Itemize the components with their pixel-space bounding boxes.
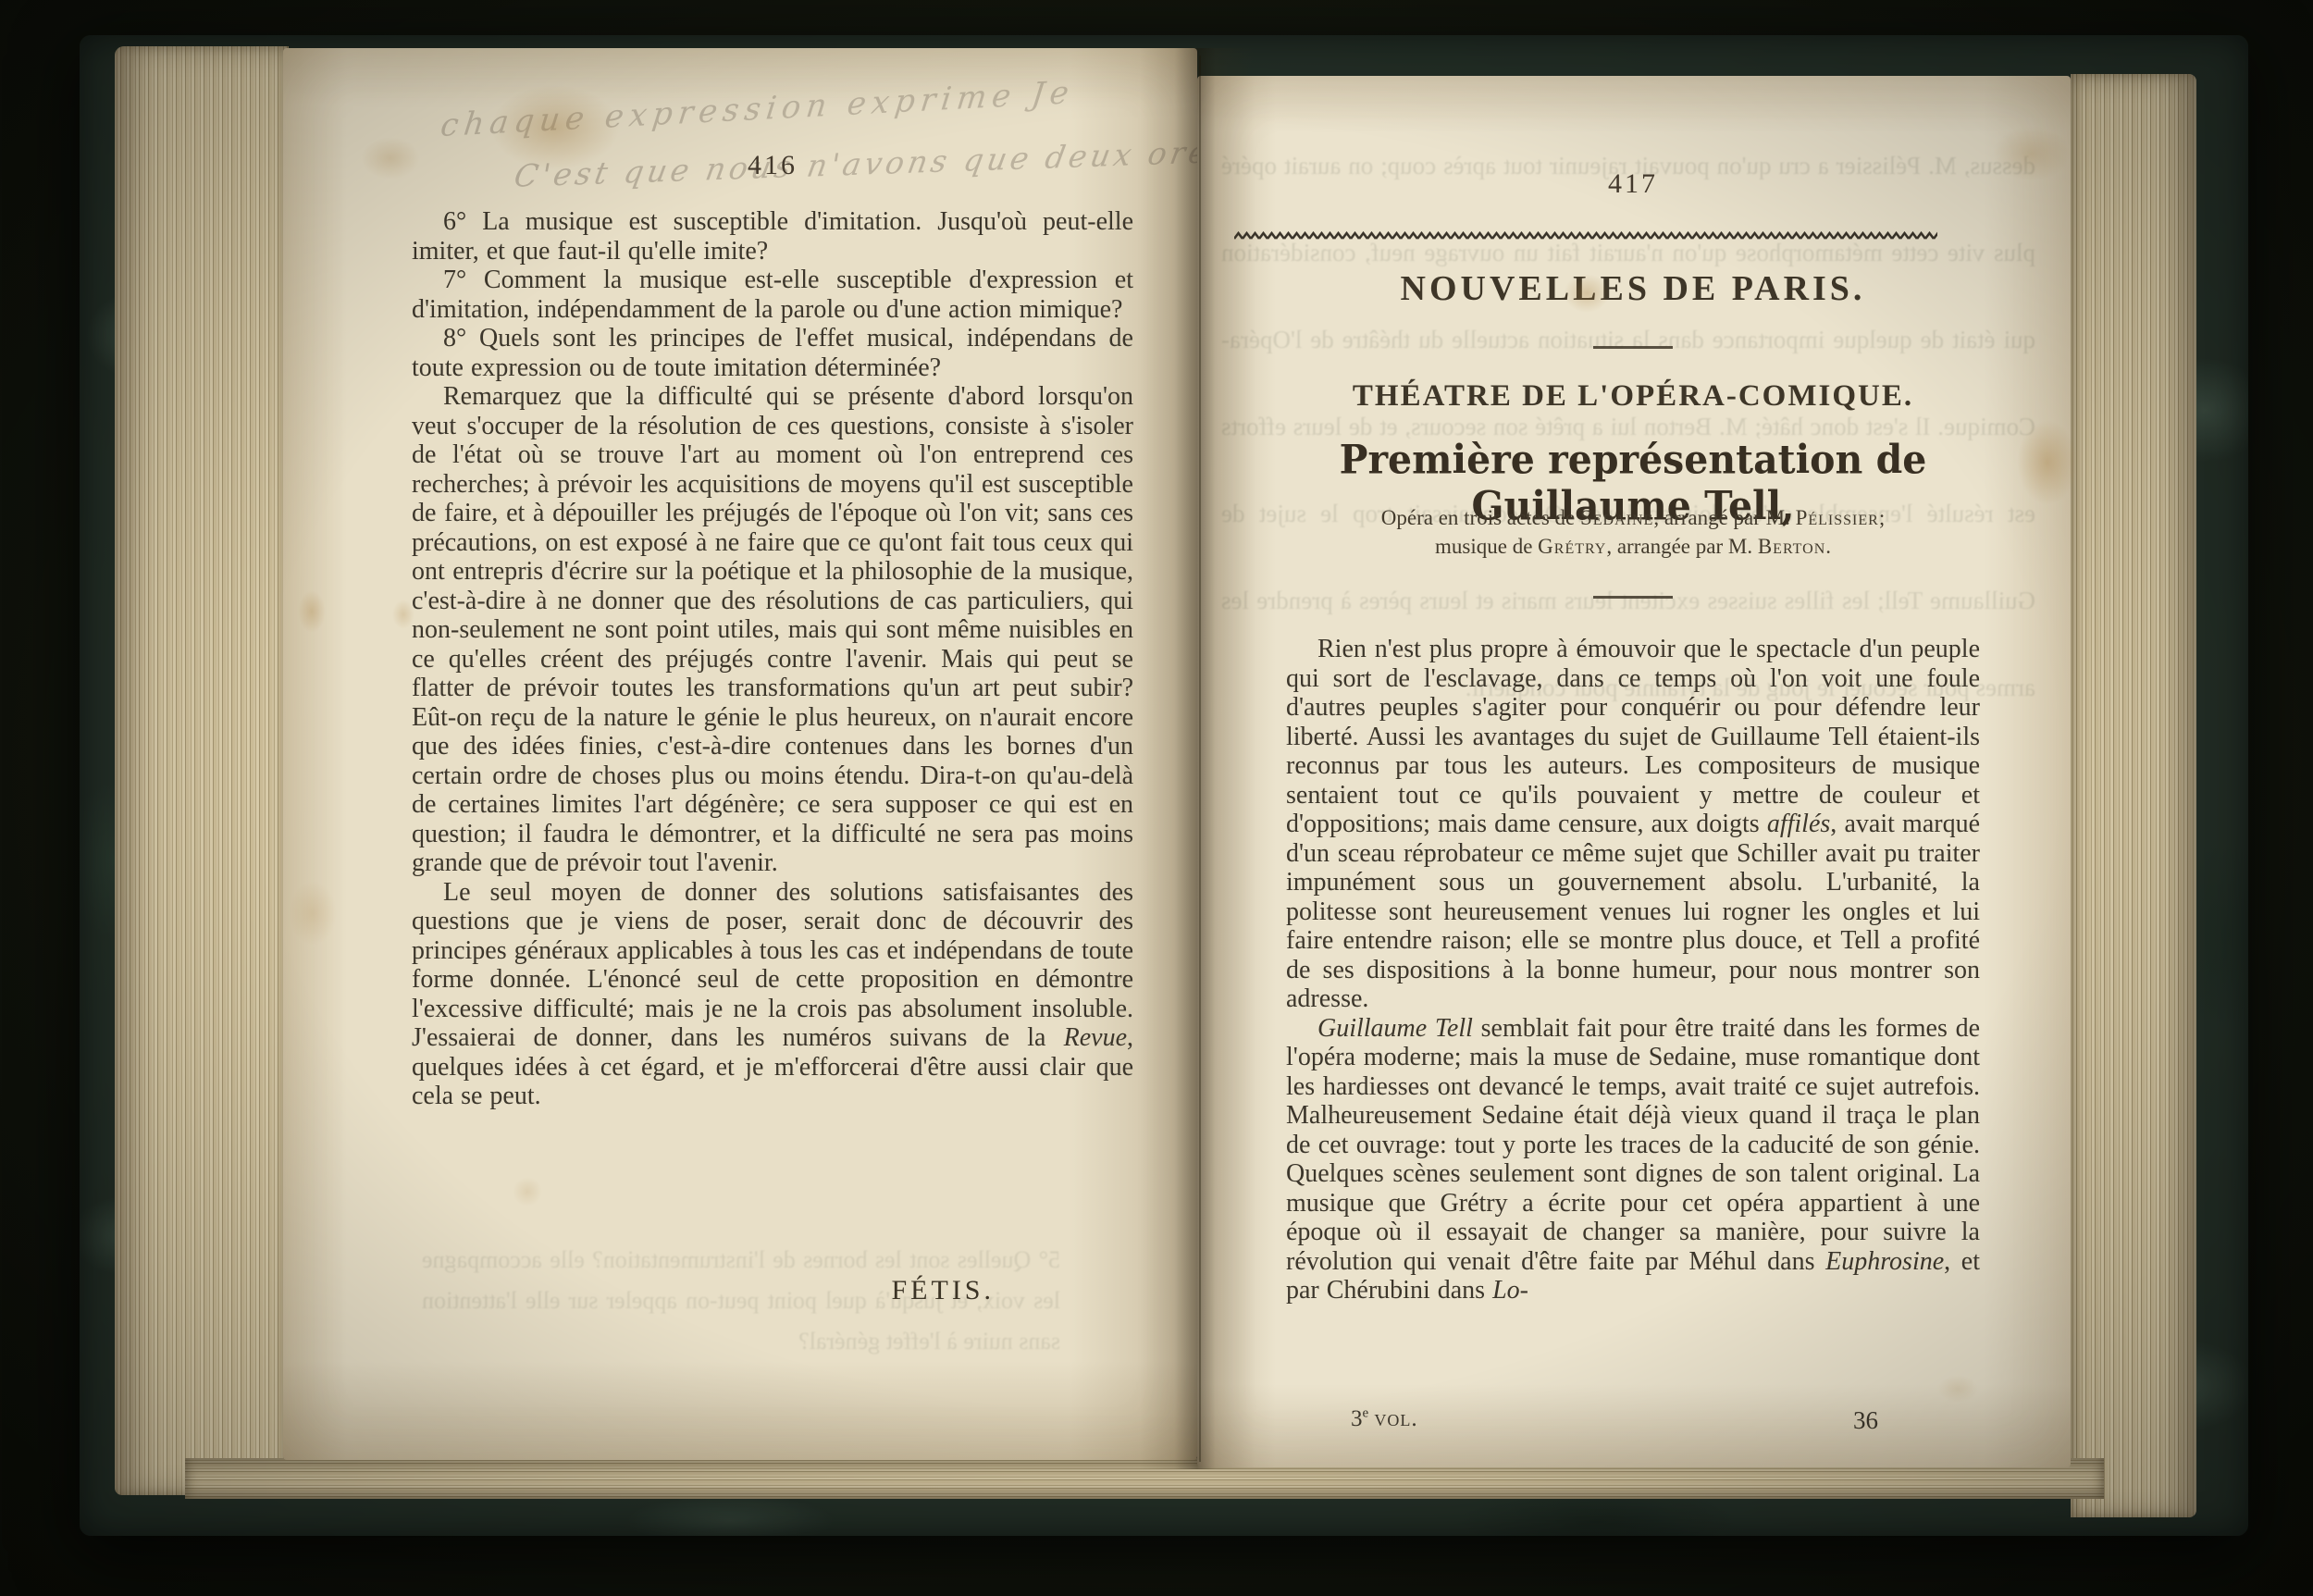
- volume-mark: 3e vol.: [1351, 1406, 1418, 1435]
- right-page: dessus, M. Pélissier a cru qu'on pouvait…: [1197, 76, 2071, 1467]
- page-footer: 3e vol. 36: [1286, 1406, 1980, 1435]
- book-scan: 5° Quelles sont les bornes de l'instrume…: [0, 0, 2313, 1596]
- foxing-stain: [513, 1177, 542, 1206]
- foxing-stain: [298, 590, 326, 633]
- short-rule: [1593, 596, 1673, 599]
- short-rule: [1593, 346, 1673, 349]
- left-page: 5° Quelles sont les bornes de l'instrume…: [283, 48, 1197, 1460]
- foxing-stain: [289, 881, 337, 946]
- page-number-left: 416: [412, 150, 1133, 181]
- page-edges-left: [115, 46, 289, 1495]
- section-title: NOUVELLES DE PARIS.: [1286, 268, 1980, 309]
- foxing-stain: [2017, 420, 2078, 505]
- signature-mark: 36: [1853, 1406, 1878, 1435]
- right-page-body-text: Rien n'est plus propre à émouvoir que le…: [1286, 635, 1980, 1305]
- foxing-stain: [1937, 1375, 1978, 1403]
- author-signature: FÉTIS.: [412, 1275, 1133, 1306]
- foxing-stain: [1993, 126, 2071, 181]
- left-page-body-text: 6° La musique est susceptible d'imitatio…: [412, 207, 1133, 1111]
- gutter-line: [1199, 56, 1201, 1462]
- page-number-right: 417: [1286, 168, 1980, 200]
- theatre-heading: THÉATRE DE L'OPÉRA-COMIQUE.: [1286, 379, 1980, 414]
- opera-credits: Opéra en trois actes de Sedaine, arrangé…: [1286, 503, 1980, 561]
- handwritten-annotation-line1: chaque expression exprime Je: [439, 74, 1076, 144]
- wavy-rule: [1234, 229, 1937, 246]
- page-edges-right: [2071, 74, 2196, 1517]
